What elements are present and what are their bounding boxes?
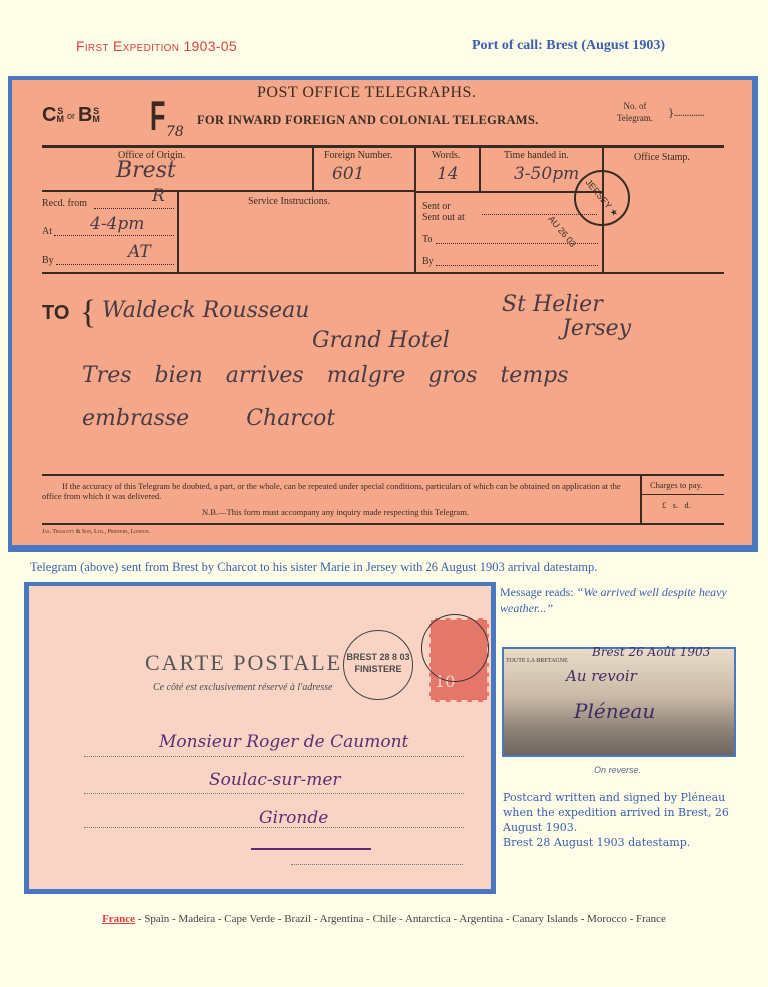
postcard-reverse-image: TOUTE LA BRETAGNE Brest 26 Août 1903 Au … [502, 647, 736, 757]
charges-label: Charges to pay. [650, 480, 702, 490]
no-of-telegram-field: }.............. [668, 108, 704, 119]
by-line [56, 264, 174, 265]
address-line-1b: St Helier [502, 292, 603, 317]
postcard-address-1: Monsieur Roger de Caumont [159, 732, 408, 752]
by-value: AT [128, 242, 151, 262]
at-value: 4-4pm [90, 214, 144, 234]
to-label: TO [42, 302, 69, 325]
brace: { [80, 294, 96, 332]
divider [42, 523, 724, 525]
words-label: Words. [432, 150, 460, 161]
telegram-subtitle: FOR INWARD FOREIGN AND COLONIAL TELEGRAM… [197, 113, 539, 128]
telegram-title: POST OFFICE TELEGRAPHS. [257, 84, 476, 102]
address-line-2b: Jersey [562, 316, 631, 341]
office-stamp-label: Office Stamp. [634, 152, 690, 163]
address-line-1: Waldeck Rousseau [102, 298, 309, 323]
postcard-front: CARTE POSTALE Ce côté est exclusivement … [29, 586, 491, 889]
divider [42, 272, 724, 274]
divider [642, 494, 724, 495]
foreign-number-value: 601 [332, 164, 364, 184]
reverse-handwriting-farewell: Au revoir [566, 667, 637, 685]
address-line [291, 864, 463, 865]
to-field-label: To [422, 234, 432, 245]
divider [479, 146, 481, 191]
brest-postmark: BREST 28 8 03 FINISTERE [343, 630, 413, 700]
at-line [54, 235, 174, 236]
accuracy-note: If the accuracy of this Telegram be doub… [42, 481, 636, 501]
charges-units: £ s. d. [662, 500, 691, 510]
divider [414, 146, 416, 273]
recd-from-value: R [152, 186, 165, 206]
message-line-1: Tres bien arrives malgre gros temps [82, 363, 569, 388]
address-line [84, 793, 464, 794]
toute-la-bretagne-label: TOUTE LA BRETAGNE [506, 658, 568, 664]
recd-from-line [94, 208, 174, 209]
telegram-form: CSMorBSM F 78 POST OFFICE TELEGRAPHS. FO… [12, 80, 752, 545]
message-note: Message reads: “We arrived well despite … [500, 584, 740, 616]
address-line-2: Grand Hotel [312, 328, 450, 353]
time-handed-in-label: Time handed in. [504, 150, 569, 161]
by2-line [436, 265, 598, 266]
recd-from-label: Recd. from [42, 198, 87, 209]
telegram-caption: Telegram (above) sent from Brest by Char… [30, 560, 597, 575]
nb-note: N.B.—This form must accompany any inquir… [202, 507, 469, 517]
divider [640, 475, 642, 524]
on-reverse-caption: On reverse. [594, 765, 641, 775]
route-remaining-stops: - Spain - Madeira - Cape Verde - Brazil … [135, 913, 666, 925]
divider [42, 474, 724, 476]
postcard-address-2: Soulac-sur-mer [209, 770, 341, 790]
divider [312, 146, 314, 191]
by2-label: By [422, 256, 434, 267]
port-of-call-title: Port of call: Brest (August 1903) [472, 38, 665, 54]
form-letter: F [150, 92, 165, 140]
address-line [84, 756, 464, 757]
at-label: At [42, 226, 52, 237]
stamp-cancel [421, 614, 489, 682]
pleneau-signature: Pléneau [574, 699, 655, 723]
postcard-caption: Postcard written and signed by Pléneau w… [503, 790, 753, 850]
words-value: 14 [437, 164, 459, 184]
class-code: CSMorBSM [42, 104, 100, 127]
message-line-2: embrasse Charcot [82, 406, 335, 431]
underline [251, 848, 371, 850]
office-of-origin-value: Brest [116, 158, 176, 183]
printer-imprint: Jas. Truscott & Son, Ltd., Printers, Lon… [42, 529, 150, 535]
divider [42, 145, 724, 148]
divider [42, 190, 414, 192]
route-current-stop[interactable]: France [102, 913, 135, 925]
carte-postale-title: CARTE POSTALE [145, 650, 342, 676]
form-number: 78 [166, 124, 184, 140]
service-instructions-label: Service Instructions. [248, 196, 330, 207]
carte-postale-subtitle: Ce côté est exclusivement réservé à l'ad… [153, 682, 332, 693]
time-handed-in-value: 3-50pm [514, 164, 579, 184]
postcard-address-3: Gironde [259, 808, 328, 828]
reverse-handwriting-date: Brest 26 Août 1903 [592, 645, 710, 659]
expedition-route: France - Spain - Madeira - Cape Verde - … [0, 913, 768, 925]
foreign-number-label: Foreign Number. [324, 150, 392, 161]
sent-out-at-label: Sent out at [422, 212, 465, 223]
by-label: By [42, 255, 54, 266]
sent-or-label: Sent or [422, 201, 451, 212]
divider [177, 191, 179, 273]
no-of-telegram-label: No. of Telegram. [610, 100, 660, 124]
page-section-title: First Expedition 1903-05 [76, 38, 237, 54]
